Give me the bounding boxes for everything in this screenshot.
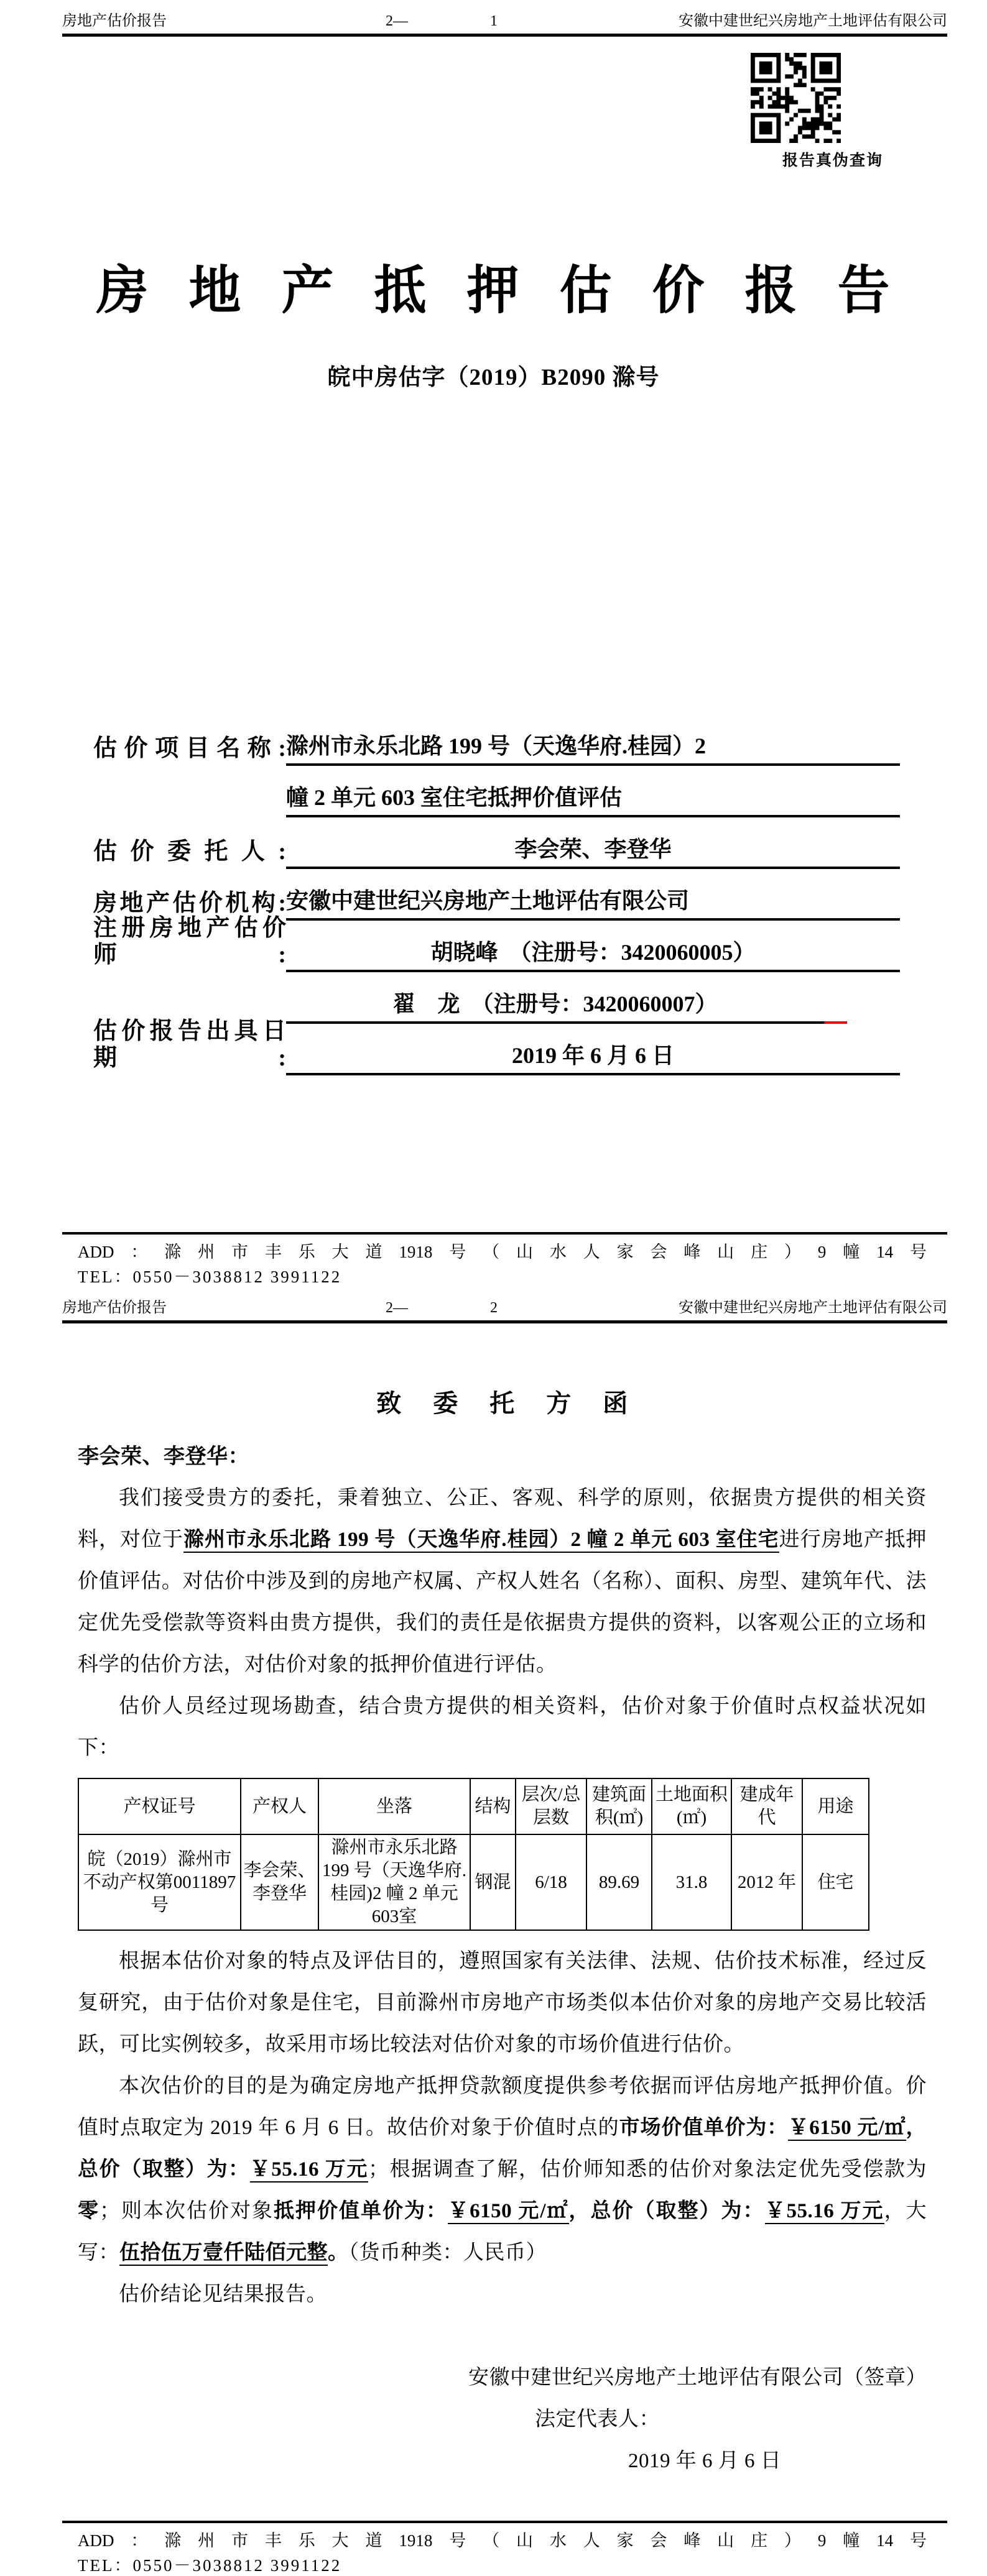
field-value: 李会荣、李登华 [286, 832, 900, 869]
text-segment: 。 [328, 2242, 349, 2264]
letter-paragraph: 估价结论见结果报告。 [78, 2274, 927, 2316]
field-row: 翟 龙 （注册号：3420060007） [93, 972, 900, 1024]
table-header-cell: 土地面积(㎡) [652, 1778, 731, 1834]
field-row: 房地产估价机构:安徽中建世纪兴房地产土地评估有限公司 [93, 869, 900, 921]
field-label: 注册房地产估价师: [93, 915, 286, 972]
table-cell: 住宅 [802, 1834, 869, 1930]
header-company-name: 安徽中建世纪兴房地产土地评估有限公司 [679, 1295, 947, 1317]
letter-body: 致 委 托 方 函 李会荣、李登华： 我们接受贵方的委托，秉着独立、公正、客观、… [78, 1388, 927, 2482]
letter-paragraph: 估价人员经过现场勘查，结合贵方提供的相关资料，估价对象于价值时点权益状况如下： [78, 1686, 927, 1769]
letter-title: 致 委 托 方 函 [78, 1388, 927, 1419]
text-segment: ￥6150 元/㎡ [448, 2200, 568, 2224]
field-value: 幢 2 单元 603 室住宅抵押价值评估 [286, 780, 900, 817]
table-header-cell: 层次/总层数 [516, 1778, 586, 1834]
table-header-cell: 坐落 [318, 1778, 470, 1834]
table-header-cell: 建筑面积(㎡) [586, 1778, 652, 1834]
report-page-1: 房地产估价报告 2— 1 安徽中建世纪兴房地产土地评估有限公司 报告真伪查询 房… [0, 0, 987, 1287]
footer-address: ADD：滁州市丰乐大道1918号（山水人家会峰山庄）9幢14号 [78, 1238, 927, 1263]
field-value: 胡晓峰 （注册号：3420060005） [286, 935, 900, 972]
table-cell: 李会荣、李登华 [241, 1834, 318, 1930]
text-segment: 伍拾伍万壹仟陆佰元整 [119, 2242, 328, 2266]
field-label [93, 814, 286, 817]
text-segment: 市场价值单价为： [619, 2117, 789, 2139]
property-rights-table: 产权证号产权人坐落结构层次/总层数建筑面积(㎡)土地面积(㎡)建成年代用途 皖（… [78, 1778, 869, 1931]
field-row: 估价项目名称:滁州市永乐北路 199 号（天逸华府.桂园）2 [93, 714, 900, 766]
header-doc-title: 房地产估价报告 [62, 8, 167, 30]
cover-fields: 估价项目名称:滁州市永乐北路 199 号（天逸华府.桂园）2幢 2 单元 603… [93, 714, 900, 1075]
header-rule [62, 34, 947, 37]
property-table-body: 皖（2019）滁州市不动产权第0011897 号李会荣、李登华滁州市永乐北路19… [78, 1834, 869, 1930]
field-value: 2019 年 6 月 6 日 [286, 1038, 900, 1075]
header-page-number: 1 [490, 13, 498, 30]
table-cell: 6/18 [516, 1834, 586, 1930]
text-segment: 滁州市永乐北路 199 号（天逸华府.桂园）2 幢 2 单元 603 室住宅 [183, 1529, 779, 1553]
table-cell: 钢混 [470, 1834, 516, 1930]
text-segment: （货币种类：人民币） [349, 2242, 547, 2264]
table-header-cell: 建成年代 [731, 1778, 802, 1834]
footer-rule [62, 2521, 947, 2523]
table-cell: 皖（2019）滁州市不动产权第0011897 号 [78, 1834, 241, 1930]
report-page-2: 房地产估价报告 2— 2 安徽中建世纪兴房地产土地评估有限公司 致 委 托 方 … [0, 1287, 987, 2576]
text-segment: 零 [78, 2200, 100, 2222]
footer-address: ADD：滁州市丰乐大道1918号（山水人家会峰山庄）9幢14号 [78, 2527, 927, 2551]
field-label: 估价委托人: [93, 839, 286, 869]
field-value: 滁州市永乐北路 199 号（天逸华府.桂园）2 [286, 729, 900, 766]
field-row: 注册房地产估价师:胡晓峰 （注册号：3420060005） [93, 921, 900, 972]
footer-telephone: TEL：0550－3038812 3991122 [78, 2552, 927, 2576]
qr-verification-label: 报告真伪查询 [782, 148, 883, 170]
closing-legal-representative: 法定代表人： [78, 2399, 927, 2440]
text-segment: 抵押价值单价为： [274, 2200, 448, 2222]
table-cell: 89.69 [586, 1834, 652, 1930]
table-cell: 2012 年 [731, 1834, 802, 1930]
field-value: 翟 龙 （注册号：3420060007） [286, 987, 824, 1024]
text-segment: ；根据调查了解，估价师知悉的估价对象法定优先受偿款为 [368, 2158, 927, 2181]
table-header-cell: 产权证号 [78, 1778, 241, 1834]
text-segment: ￥6150 元/㎡ [788, 2117, 906, 2141]
field-row: 估价报告出具日期:2019 年 6 月 6 日 [93, 1024, 900, 1075]
closing-date: 2019 年 6 月 6 日 [78, 2440, 927, 2482]
text-segment: 估价人员经过现场勘查，结合贵方提供的相关资料，估价对象于价值时点权益状况如下： [78, 1695, 927, 1759]
text-segment: ；则本次估价对象 [100, 2200, 274, 2222]
letter-paragraphs-after-table: 根据本估价对象的特点及评估目的，遵照国家有关法律、法规、估价技术标准，经过反复研… [78, 1941, 927, 2316]
footer-telephone: TEL：0550－3038812 3991122 [78, 1263, 927, 1287]
closing-company-signature: 安徽中建世纪兴房地产土地评估有限公司（签章） [78, 2357, 927, 2399]
table-row: 皖（2019）滁州市不动产权第0011897 号李会荣、李登华滁州市永乐北路19… [78, 1834, 869, 1930]
field-label: 估价报告出具日期: [93, 1018, 286, 1075]
header-rule [62, 1320, 947, 1323]
text-segment: ，总价（取整）为： [569, 2200, 765, 2222]
table-cell: 滁州市永乐北路199 号（天逸华府.桂园)2 幢 2 单元 603室 [318, 1834, 470, 1930]
header-page-group: 2— [386, 1300, 408, 1317]
text-segment: 根据本估价对象的特点及评估目的，遵照国家有关法律、法规、估价技术标准，经过反复研… [78, 1950, 927, 2056]
page-header: 房地产估价报告 2— 1 安徽中建世纪兴房地产土地评估有限公司 [62, 6, 947, 34]
letter-salutation: 李会荣、李登华： [78, 1436, 927, 1478]
letter-paragraph: 我们接受贵方的委托，秉着独立、公正、客观、科学的原则，依据贵方提供的相关资料，对… [78, 1478, 927, 1686]
field-row: 估价委托人:李会荣、李登华 [93, 817, 900, 869]
text-segment: ￥55.16 万元 [250, 2158, 368, 2183]
letter-paragraphs-before-table: 我们接受贵方的委托，秉着独立、公正、客观、科学的原则，依据贵方提供的相关资料，对… [78, 1478, 927, 1769]
report-document-number: 皖中房估字（2019）B2090 滁号 [0, 358, 987, 392]
table-cell: 31.8 [652, 1834, 731, 1930]
red-underline-mark [824, 1021, 847, 1024]
page-header: 房地产估价报告 2— 2 安徽中建世纪兴房地产土地评估有限公司 [62, 1293, 947, 1320]
property-table-header-row: 产权证号产权人坐落结构层次/总层数建筑面积(㎡)土地面积(㎡)建成年代用途 [78, 1778, 869, 1834]
text-segment: ￥55.16 万元 [765, 2200, 884, 2224]
field-value: 安徽中建世纪兴房地产土地评估有限公司 [286, 883, 900, 921]
header-company-name: 安徽中建世纪兴房地产土地评估有限公司 [679, 8, 947, 30]
header-page-group: 2— [386, 13, 408, 30]
table-header-cell: 结构 [470, 1778, 516, 1834]
header-doc-title: 房地产估价报告 [62, 1295, 167, 1317]
letter-paragraph: 本次估价的目的是为确定房地产抵押贷款额度提供参考依据而评估房地产抵押价值。价值时… [78, 2066, 927, 2274]
header-page-number: 2 [490, 1300, 498, 1317]
letter-paragraph: 根据本估价对象的特点及评估目的，遵照国家有关法律、法规、估价技术标准，经过反复研… [78, 1941, 927, 2066]
table-header-cell: 用途 [802, 1778, 869, 1834]
field-row: 幢 2 单元 603 室住宅抵押价值评估 [93, 766, 900, 817]
text-segment: 估价结论见结果报告。 [119, 2283, 327, 2306]
report-title: 房 地 产 抵 押 估 价 报 告 [0, 249, 987, 324]
field-label: 估价项目名称: [93, 735, 286, 766]
footer-rule [62, 1232, 947, 1235]
qr-code-icon [751, 53, 841, 143]
table-header-cell: 产权人 [241, 1778, 318, 1834]
